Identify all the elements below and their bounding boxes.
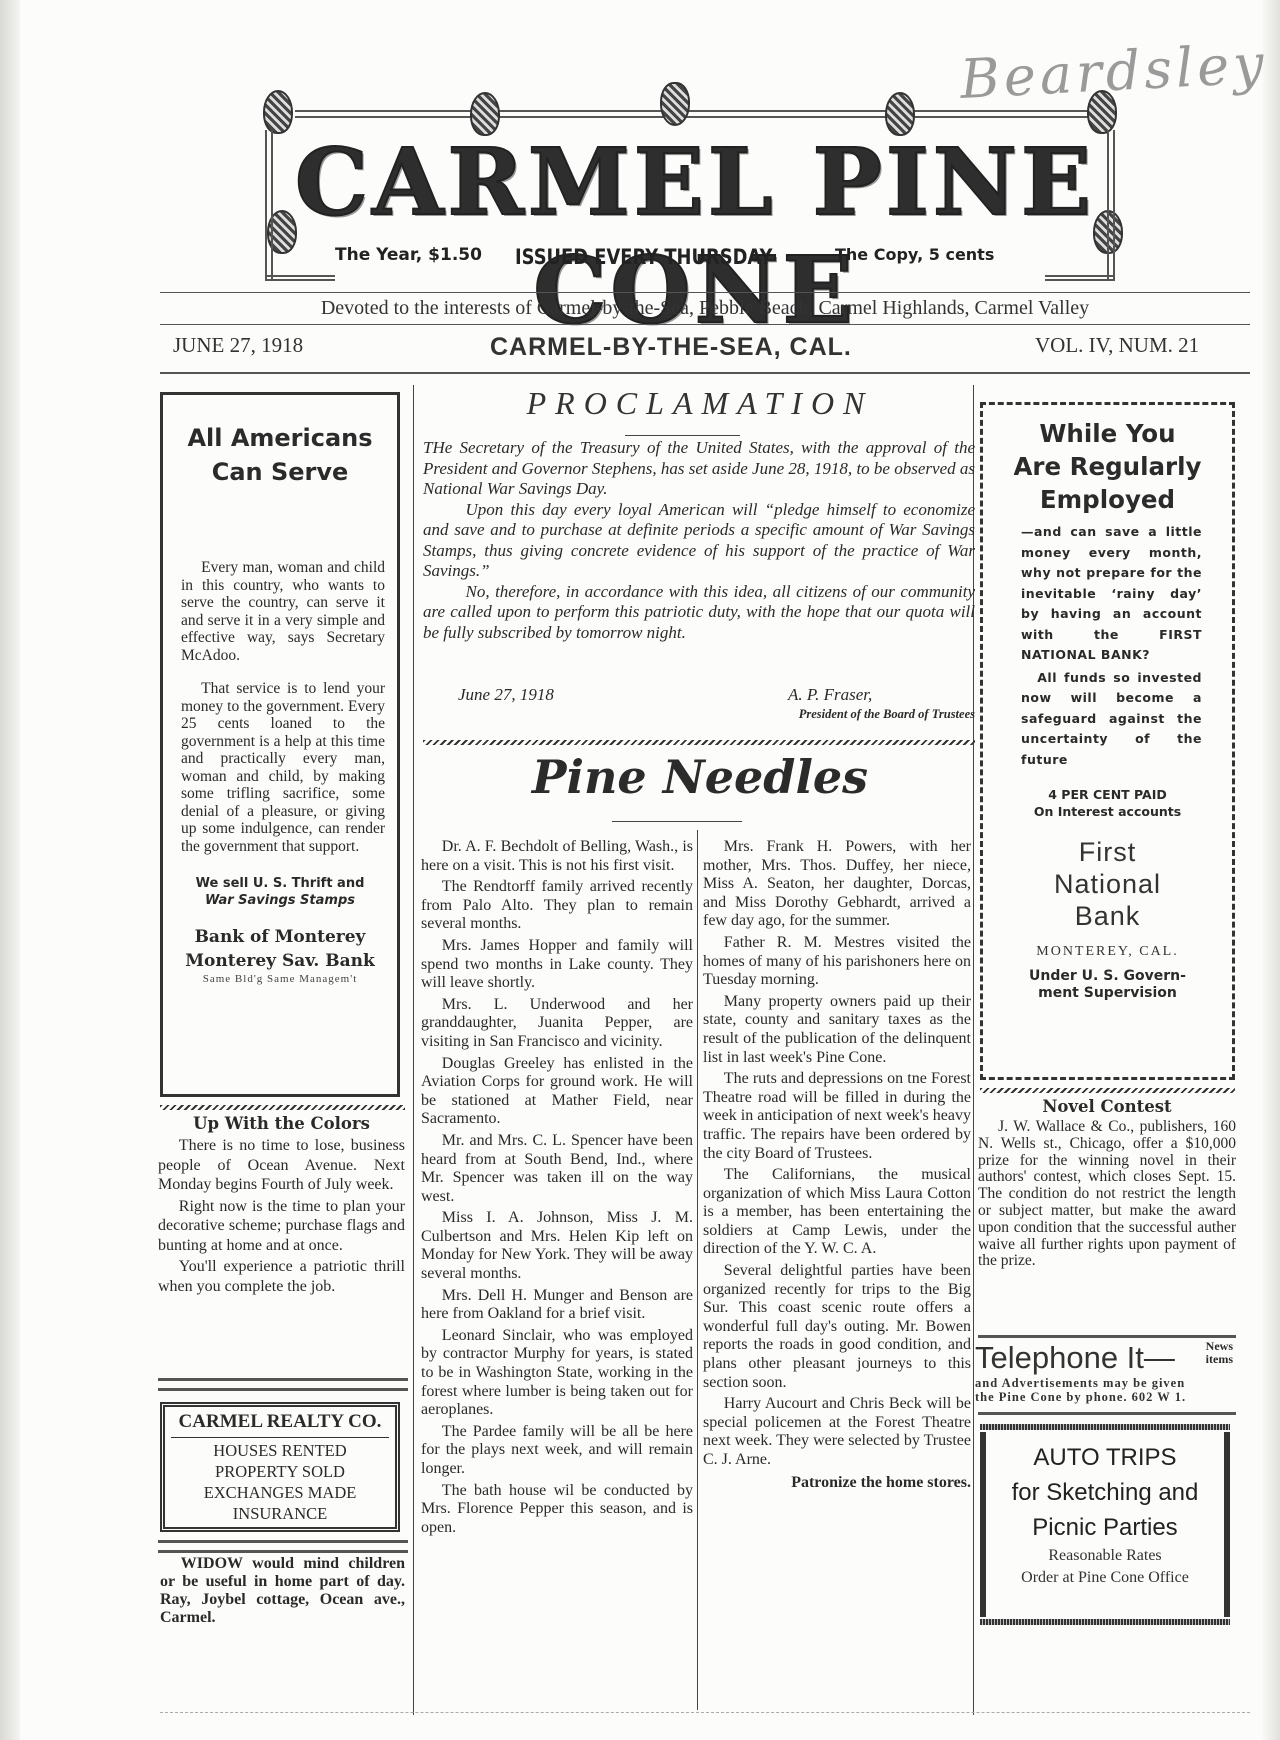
- news-item: The ruts and depressions on tne Forest T…: [703, 1070, 971, 1163]
- scan-edge-left: [0, 0, 20, 1740]
- wavy-divider: [980, 1088, 1235, 1093]
- realty-service: EXCHANGES MADE: [165, 1482, 395, 1503]
- issued-every-thursday: ISSUED EVERY THURSDAY: [515, 245, 772, 269]
- pine-needles-column-1: Dr. A. F. Bechdolt of Belling, Wash., is…: [421, 838, 693, 1540]
- news-item: Douglas Greeley has enlisted in the Avia…: [421, 1055, 693, 1129]
- news-item: The Rendtorff family arrived recently fr…: [421, 878, 693, 934]
- auto-trips-heading: AUTO TRIPS: [986, 1432, 1224, 1475]
- news-item: Mr. and Mrs. C. L. Spencer have been hea…: [421, 1132, 693, 1206]
- proclamation-date: June 27, 1918: [458, 685, 554, 705]
- bank-supervision: Under U. S. Govern-: [983, 968, 1232, 985]
- scan-edge-right: [1262, 0, 1280, 1740]
- news-item: Mrs. Dell H. Munger and Benson are here …: [421, 1287, 693, 1324]
- ad-paragraph: —and can save a little money every month…: [983, 522, 1232, 666]
- news-item: Mrs. James Hopper and family will spend …: [421, 937, 693, 993]
- proclamation-paragraph: No, therefore, in accordance with this i…: [423, 582, 975, 644]
- divider: [160, 292, 1250, 293]
- divider: [158, 1550, 408, 1553]
- news-item: Many property owners paid up their state…: [703, 993, 971, 1067]
- article-up-with-colors: Up With the Colors There is no time to l…: [158, 1112, 405, 1298]
- bank-supervision: ment Supervision: [983, 985, 1232, 1002]
- interest-note: On Interest accounts: [983, 803, 1232, 820]
- news-item: Mrs. L. Underwood and her granddaughter,…: [421, 996, 693, 1052]
- issue-volume: VOL. IV, NUM. 21: [1035, 333, 1199, 358]
- pine-needles-title: Pine Needles: [420, 750, 980, 804]
- stamps-line: War Savings Stamps: [163, 892, 397, 909]
- article-novel-contest: Novel Contest J. W. Wallace & Co., publi…: [978, 1095, 1236, 1272]
- divider: [978, 1412, 1236, 1415]
- ad-heading: Are Regularly: [983, 450, 1232, 483]
- auto-trips-heading: for Sketching and: [986, 1475, 1224, 1510]
- auto-trips-order: Order at Pine Cone Office: [986, 1567, 1224, 1589]
- ad-first-national-bank: While You Are Regularly Employed —and ca…: [980, 402, 1235, 1080]
- article-heading: Novel Contest: [978, 1095, 1236, 1119]
- devoted-line: Devoted to the interests of Carmel-by-th…: [160, 297, 1250, 320]
- article-paragraph: There is no time to lose, business peopl…: [158, 1136, 405, 1195]
- stamps-line: We sell U. S. Thrift and: [163, 875, 397, 892]
- divider: [160, 324, 1250, 325]
- wavy-divider: [423, 740, 975, 745]
- news-item: Father R. M. Mestres visited the homes o…: [703, 934, 971, 990]
- masthead: CARMEL PINE CONE The Year, $1.50 ISSUED …: [255, 80, 1135, 295]
- proclamation-body: THe Secretary of the Treasury of the Uni…: [423, 438, 975, 643]
- news-item: The bath house wil be conducted by Mrs. …: [421, 1482, 693, 1538]
- telephone-news-word: items: [1206, 1353, 1233, 1366]
- masthead-branch-bar: [295, 110, 1095, 118]
- proclamation-signer-title: President of the Board of Trustees: [799, 707, 975, 722]
- divider: [158, 1540, 408, 1543]
- column-rule: [697, 830, 698, 1710]
- masthead-foot-right: [1045, 275, 1115, 281]
- ad-paragraph: All funds so invested now will become a …: [983, 668, 1232, 771]
- bank-tagline: Same Bld'g Same Managem't: [163, 973, 397, 985]
- bank-city: MONTEREY, CAL.: [983, 944, 1232, 960]
- ad-telephone-it: Telephone It— News items and Advertiseme…: [975, 1340, 1237, 1404]
- bank-name: Monterey Sav. Bank: [163, 949, 397, 973]
- proclamation-paragraph: Upon this day every loyal American will …: [423, 500, 975, 582]
- proclamation-title: PROCLAMATION: [420, 385, 980, 422]
- news-item: Harry Aucourt and Chris Beck will be spe…: [703, 1395, 971, 1469]
- news-item: Leonard Sinclair, who was employed by co…: [421, 1327, 693, 1420]
- issue-place: CARMEL-BY-THE-SEA, CAL.: [490, 333, 852, 362]
- article-paragraph: You'll experience a patriotic thrill whe…: [158, 1257, 405, 1296]
- ad-heading: All Americans: [163, 395, 397, 455]
- classified-widow: WIDOW would mind children or be useful i…: [160, 1555, 405, 1627]
- issue-date: JUNE 27, 1918: [173, 333, 303, 358]
- closing-line: Patronize the home stores.: [703, 1474, 971, 1492]
- telephone-line: the Pine Cone by phone. 602 W 1.: [975, 1390, 1237, 1404]
- divider: [625, 435, 740, 436]
- bank-name: Bank of Monterey: [163, 925, 397, 949]
- auto-trips-heading: Picnic Parties: [986, 1510, 1224, 1545]
- telephone-line: and Advertisements may be given: [975, 1376, 1237, 1390]
- realty-service: INSURANCE: [165, 1503, 395, 1524]
- proclamation-paragraph: THe Secretary of the Treasury of the Uni…: [423, 438, 975, 500]
- masthead-foot-left: [265, 275, 335, 281]
- divider: [978, 1335, 1236, 1338]
- ad-all-americans-can-serve: All Americans Can Serve Every man, woman…: [160, 392, 400, 1097]
- article-heading: Up With the Colors: [158, 1112, 405, 1136]
- ad-paragraph: That service is to lend your money to th…: [181, 680, 385, 855]
- news-item: Miss I. A. Johnson, Miss J. M. Culbertso…: [421, 1209, 693, 1283]
- auto-trips-rates: Reasonable Rates: [986, 1545, 1224, 1567]
- wavy-divider: [160, 1105, 405, 1110]
- pine-needles-column-2: Mrs. Frank H. Powers, with her mother, M…: [703, 838, 971, 1493]
- divider: [612, 821, 742, 822]
- news-item: Mrs. Frank H. Powers, with her mother, M…: [703, 838, 971, 931]
- ad-heading: While You: [983, 405, 1232, 450]
- realty-service: HOUSES RENTED: [165, 1440, 395, 1461]
- realty-title: CARMEL REALTY CO.: [171, 1409, 389, 1438]
- news-item: The Californians, the musical organizati…: [703, 1166, 971, 1259]
- pine-cone-icon: [660, 82, 690, 126]
- price-copy: The Copy, 5 cents: [835, 245, 994, 264]
- ad-heading: Can Serve: [163, 455, 397, 489]
- newspaper-page: Beardsley CARMEL PINE CONE The Year, $1.…: [0, 0, 1280, 1740]
- divider: [158, 1378, 408, 1381]
- telephone-heading: Telephone It—: [975, 1340, 1175, 1376]
- realty-service: PROPERTY SOLD: [165, 1461, 395, 1482]
- ad-paragraph: Every man, woman and child in this count…: [181, 559, 385, 664]
- price-year: The Year, $1.50: [335, 245, 482, 265]
- ad-auto-trips: AUTO TRIPS for Sketching and Picnic Part…: [980, 1432, 1230, 1617]
- bank-name: Bank: [983, 900, 1232, 932]
- divider: [160, 372, 1250, 374]
- column-rule: [413, 385, 414, 1715]
- article-paragraph: J. W. Wallace & Co., publishers, 160 N. …: [978, 1119, 1236, 1270]
- bank-name: First: [983, 836, 1232, 868]
- ad-heading: Employed: [983, 483, 1232, 516]
- interest-rate: 4 PER CENT PAID: [983, 786, 1232, 803]
- news-item: Several delightful parties have been org…: [703, 1262, 971, 1392]
- article-paragraph: Right now is the time to plan your decor…: [158, 1197, 405, 1256]
- news-item: Dr. A. F. Bechdolt of Belling, Wash., is…: [421, 838, 693, 875]
- telephone-news: News items: [1206, 1340, 1233, 1366]
- news-item: The Pardee family will be all be here fo…: [421, 1423, 693, 1479]
- proclamation-signer: A. P. Fraser,: [788, 685, 872, 705]
- ad-carmel-realty: CARMEL REALTY CO. HOUSES RENTED PROPERTY…: [160, 1402, 400, 1532]
- divider: [158, 1388, 408, 1391]
- page-bottom-edge: [160, 1712, 1250, 1713]
- bank-name: National: [983, 868, 1232, 900]
